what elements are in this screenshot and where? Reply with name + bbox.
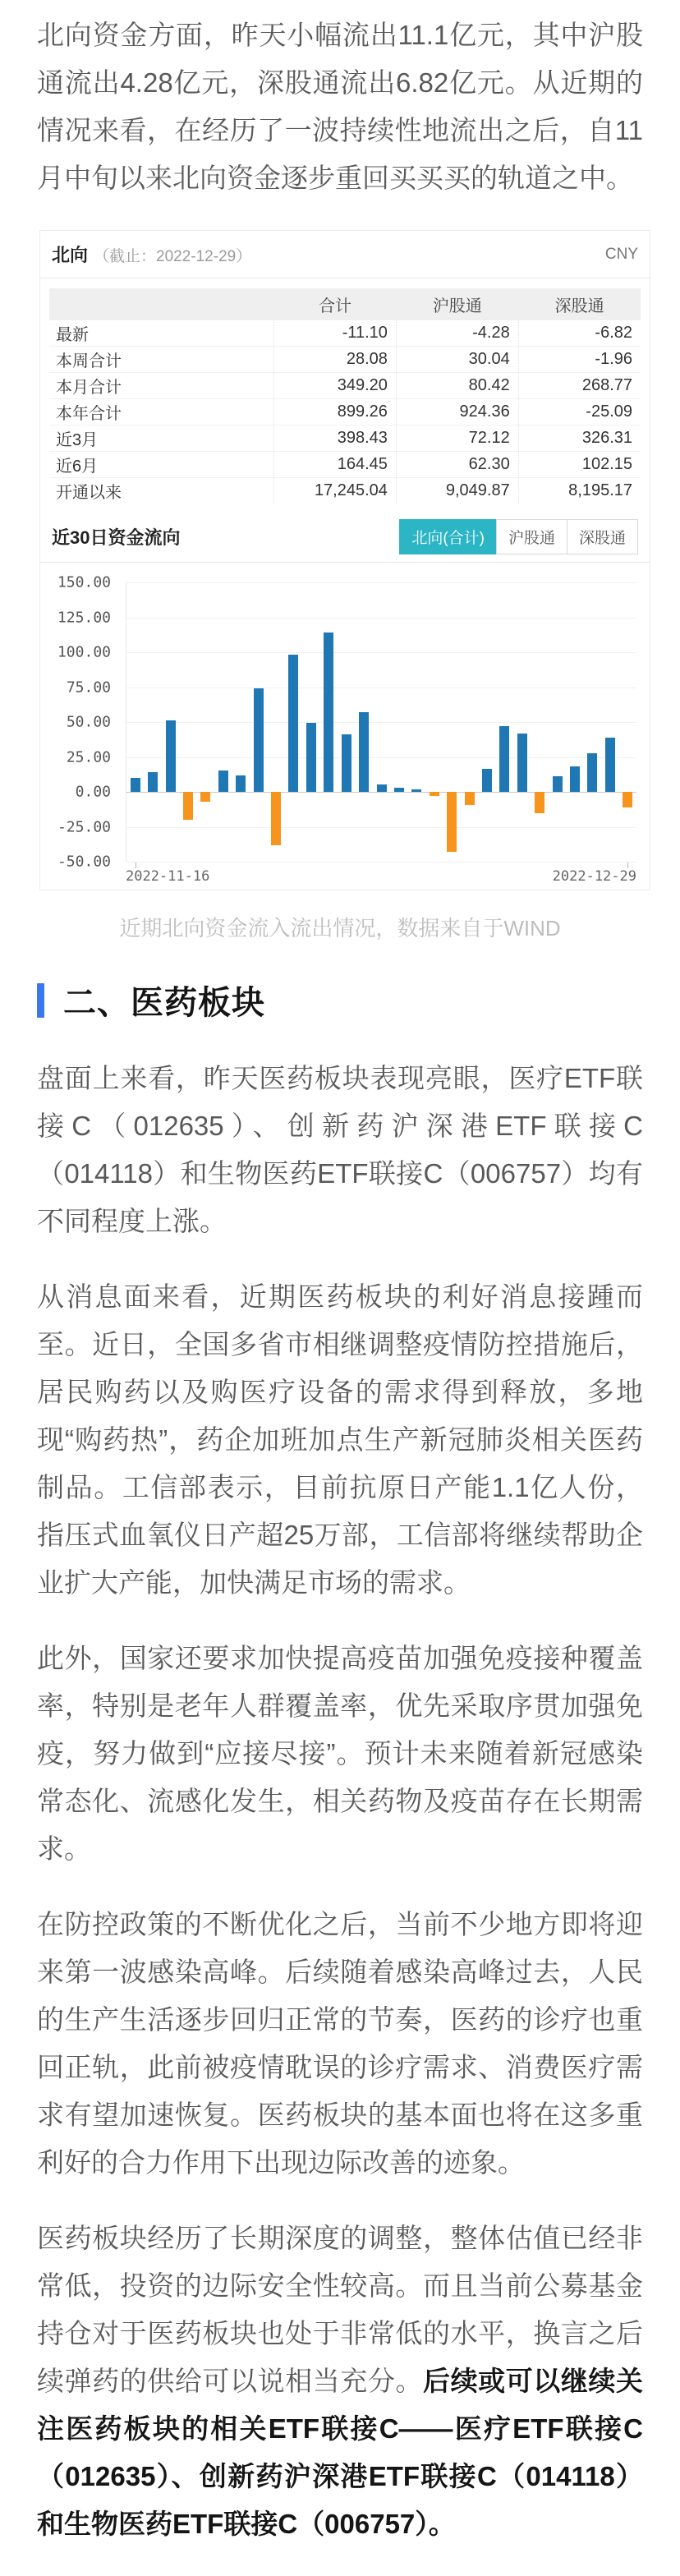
row-label: 开通以来 bbox=[49, 478, 274, 504]
inflow-bar bbox=[517, 734, 527, 792]
gridline bbox=[126, 827, 636, 828]
chart-plot bbox=[126, 582, 636, 862]
inflow-bar bbox=[342, 734, 351, 792]
inflow-bar bbox=[605, 738, 615, 792]
yaxis-tick-label: -25.00 bbox=[57, 818, 111, 835]
outflow-bar bbox=[430, 792, 439, 796]
cell-value: 924.36 bbox=[396, 399, 518, 425]
cell-value: -4.28 bbox=[396, 320, 518, 347]
cell-value: 9,049.87 bbox=[396, 478, 518, 504]
outflow-bar bbox=[271, 792, 281, 845]
cell-value: 28.08 bbox=[274, 347, 397, 373]
northbound-widget-card: 北向（截止：2022-12-29） CNY 合计 沪股通 深股通 最新 -11.… bbox=[39, 230, 650, 890]
paragraph-recovery-outlook: 在防控政策的不断优化之后，当前不少地方即将迎来第一波感染高峰。后续随着感染高峰过… bbox=[37, 1901, 643, 2187]
widget-header: 北向（截止：2022-12-29） CNY bbox=[40, 231, 650, 278]
inflow-bar bbox=[411, 789, 421, 792]
inflow-bar bbox=[288, 655, 298, 792]
widget-title: 北向 bbox=[52, 245, 88, 265]
xaxis-tick-mark bbox=[136, 862, 136, 868]
column-header-sz-connect: 深股通 bbox=[518, 288, 641, 320]
yaxis-tick-label: 150.00 bbox=[57, 574, 111, 591]
gridline bbox=[126, 862, 636, 862]
cell-value: 398.43 bbox=[274, 425, 397, 452]
inflow-bar bbox=[570, 766, 580, 792]
paragraph-news-front: 从消息面来看，近期医药板块的利好消息接踵而至。近日，全国多省市相继调整疫情防控措… bbox=[37, 1273, 643, 1607]
outflow-bar bbox=[535, 792, 544, 813]
inflow-bar bbox=[482, 769, 492, 792]
table-row: 最新 -11.10 -4.28 -6.82 bbox=[49, 320, 641, 347]
cell-value: 268.77 bbox=[518, 373, 641, 399]
cell-value: 326.31 bbox=[518, 425, 641, 452]
currency-label: CNY bbox=[605, 246, 638, 264]
chart-header: 近30日资金流向 北向(合计) 沪股通 深股通 bbox=[40, 512, 650, 563]
inflow-bar bbox=[587, 753, 597, 792]
cell-value: 102.15 bbox=[518, 452, 641, 478]
gridline bbox=[126, 722, 636, 723]
paragraph-valuation-conclusion: 医药板块经历了长期深度的调整，整体估值已经非常低，投资的边际安全性较高。而且当前… bbox=[37, 2215, 643, 2548]
cell-value: 30.04 bbox=[396, 347, 518, 373]
cell-value: 164.45 bbox=[274, 452, 397, 478]
table-row: 本周合计 28.08 30.04 -1.96 bbox=[49, 347, 641, 373]
section-heading-text: 二、医药板块 bbox=[63, 977, 265, 1023]
cell-value: 62.30 bbox=[396, 452, 518, 478]
yaxis-tick-label: 75.00 bbox=[67, 678, 111, 696]
column-header-empty bbox=[49, 288, 274, 320]
chart-tabs: 北向(合计) 沪股通 深股通 bbox=[400, 519, 638, 554]
yaxis-tick-label: 125.00 bbox=[57, 609, 111, 626]
inflow-bar bbox=[394, 788, 404, 792]
gridline bbox=[126, 652, 636, 653]
xaxis-first-date: 2022-11-16 bbox=[126, 868, 209, 885]
heading-accent-bar-icon bbox=[37, 983, 44, 1018]
inflow-bar bbox=[553, 776, 563, 792]
outflow-bar bbox=[183, 792, 193, 820]
table-row: 开通以来 17,245.04 9,049.87 8,195.17 bbox=[49, 478, 641, 504]
cell-value: -1.96 bbox=[518, 347, 641, 373]
gridline bbox=[126, 618, 636, 619]
row-label: 近3月 bbox=[49, 425, 274, 452]
table-row: 本年合计 899.26 924.36 -25.09 bbox=[49, 399, 641, 425]
tab-sz-connect[interactable]: 深股通 bbox=[567, 519, 638, 554]
yaxis-tick-label: 0.00 bbox=[76, 784, 111, 801]
column-header-total: 合计 bbox=[274, 288, 397, 320]
row-label: 本年合计 bbox=[49, 399, 274, 425]
paragraph-northbound-summary: 北向资金方面，昨天小幅流出11.1亿元，其中沪股通流出4.28亿元，深股通流出6… bbox=[37, 0, 643, 202]
chart-title: 近30日资金流向 bbox=[52, 524, 180, 550]
chart-xaxis-labels: 2022-11-16 2022-12-29 bbox=[126, 868, 636, 885]
inflow-bar bbox=[166, 720, 176, 792]
cell-value: 80.42 bbox=[396, 373, 518, 399]
inflow-bar bbox=[254, 688, 264, 792]
outflow-bar bbox=[200, 792, 210, 802]
gridline bbox=[126, 688, 636, 688]
row-label: 近6月 bbox=[49, 452, 274, 478]
table-header-row: 合计 沪股通 深股通 bbox=[49, 288, 641, 320]
widget-as-of-date: （截止：2022-12-29） bbox=[94, 248, 251, 265]
cell-value: -6.82 bbox=[518, 320, 641, 347]
yaxis-tick-label: 25.00 bbox=[67, 748, 111, 766]
row-label: 最新 bbox=[49, 320, 274, 347]
row-label: 本月合计 bbox=[49, 373, 274, 399]
paragraph-market-recap: 盘面上来看，昨天医药板块表现亮眼，医疗ETF联接C（012635）、创新药沪深港… bbox=[37, 1055, 643, 1245]
outflow-bar bbox=[465, 792, 475, 805]
cell-value: 72.12 bbox=[396, 425, 518, 452]
yaxis-tick-label: -50.00 bbox=[57, 853, 111, 871]
tab-sh-connect[interactable]: 沪股通 bbox=[496, 519, 567, 554]
row-label: 本周合计 bbox=[49, 347, 274, 373]
widget-title-group: 北向（截止：2022-12-29） bbox=[52, 241, 251, 267]
cell-value: 899.26 bbox=[274, 399, 397, 425]
section-heading-pharma: 二、医药板块 bbox=[0, 977, 680, 1023]
outflow-bar bbox=[623, 792, 632, 807]
outflow-bar bbox=[447, 792, 457, 852]
cell-value: -25.09 bbox=[518, 399, 641, 425]
gridline bbox=[126, 757, 636, 758]
inflow-bar bbox=[324, 632, 333, 792]
cell-value: 349.20 bbox=[274, 373, 397, 399]
chart-yaxis: 150.00125.00100.0075.0050.0025.000.00-25… bbox=[40, 582, 119, 862]
inflow-bar bbox=[131, 778, 140, 792]
chart-caption: 近期北向资金流入流出情况，数据来自于WIND bbox=[0, 912, 680, 942]
inflow-bar bbox=[359, 712, 369, 792]
tab-northbound-total[interactable]: 北向(合计) bbox=[399, 519, 497, 554]
xaxis-last-date: 2022-12-29 bbox=[553, 868, 636, 885]
cell-value: 17,245.04 bbox=[274, 478, 397, 504]
table-row: 本月合计 349.20 80.42 268.77 bbox=[49, 373, 641, 399]
inflow-bar bbox=[236, 775, 246, 792]
inflow-bar bbox=[148, 772, 158, 792]
inflow-bar bbox=[499, 726, 509, 792]
table-row: 近3月 398.43 72.12 326.31 bbox=[49, 425, 641, 452]
article: 北向资金方面，昨天小幅流出11.1亿元，其中沪股通流出4.28亿元，深股通流出6… bbox=[0, 0, 680, 2548]
inflow-bar bbox=[218, 770, 228, 792]
xaxis-tick-mark bbox=[627, 862, 628, 868]
yaxis-tick-label: 50.00 bbox=[67, 714, 111, 731]
gridline bbox=[126, 582, 636, 583]
table-row: 近6月 164.45 62.30 102.15 bbox=[49, 452, 641, 478]
inflow-bar bbox=[306, 723, 316, 792]
yaxis-tick-label: 100.00 bbox=[57, 644, 111, 661]
column-header-sh-connect: 沪股通 bbox=[396, 288, 518, 320]
paragraph-vaccine-policy: 此外，国家还要求加快提高疫苗加强免疫接种覆盖率，特别是老年人群覆盖率，优先采取序… bbox=[37, 1635, 643, 1873]
cell-value: -11.10 bbox=[274, 320, 397, 347]
cell-value: 8,195.17 bbox=[518, 478, 641, 504]
flow-bar-chart: 150.00125.00100.0075.0050.0025.000.00-25… bbox=[40, 571, 650, 890]
northbound-flow-table: 合计 沪股通 深股通 最新 -11.10 -4.28 -6.82 本周合计 28… bbox=[49, 288, 641, 504]
inflow-bar bbox=[377, 784, 387, 792]
